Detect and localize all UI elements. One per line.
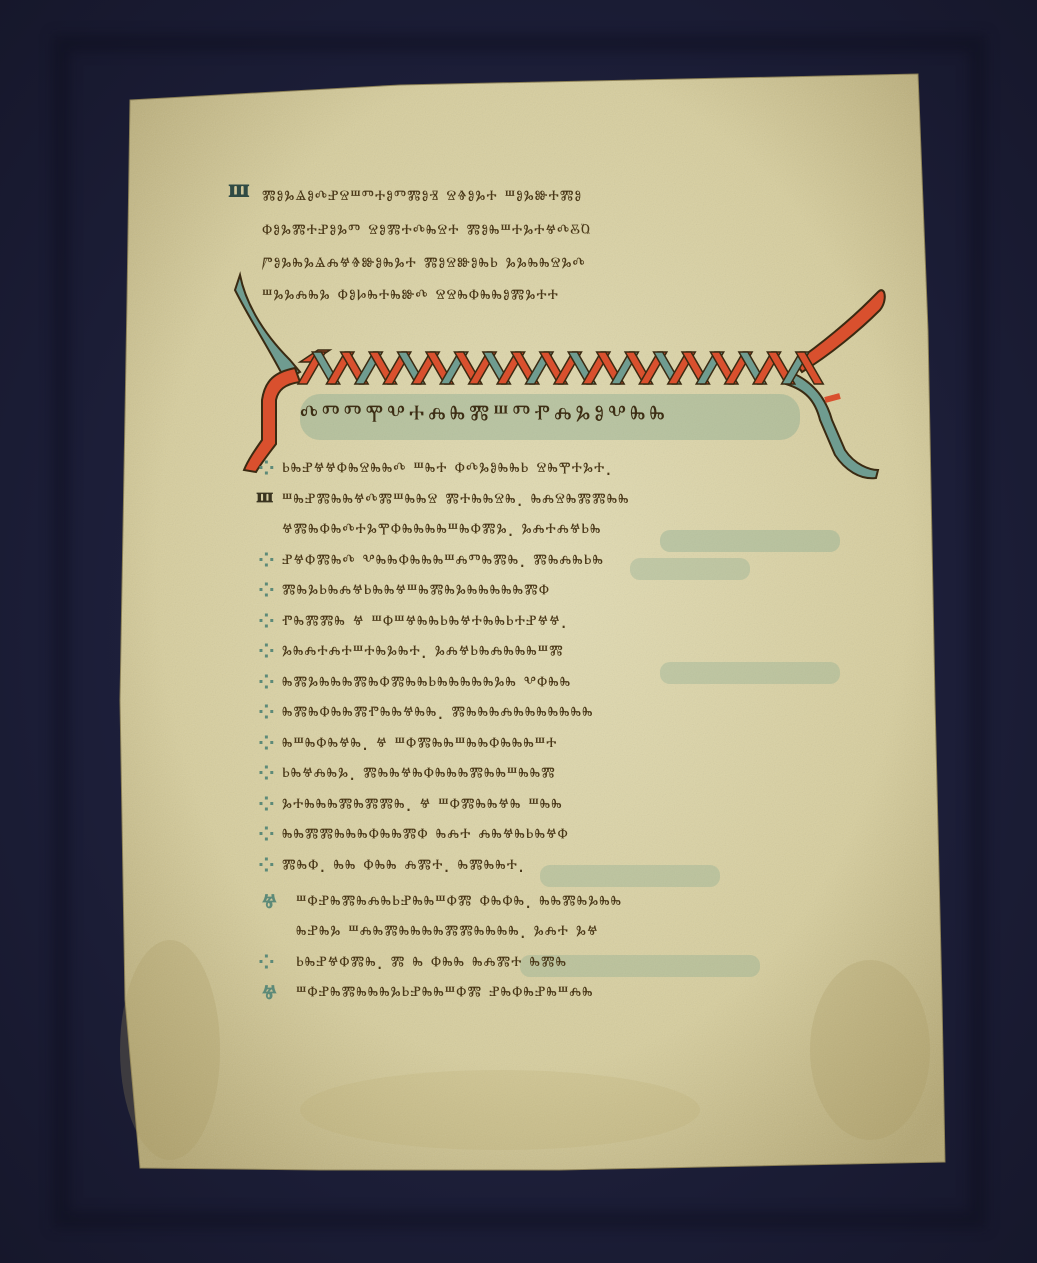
line-marker-icon: ⁘ [258, 609, 275, 633]
text-line: ⰸⰿⰳⰸⰸⰸⰿⰸⱇⰿⰸⰸⱃⰸⰸⰸⰸⰸⰳⰸ ⰲⱇⰸⰸ [282, 672, 571, 694]
line-marker-icon: Ⱍ [262, 980, 277, 1004]
text-line: ⱃⰸⱀⱍⱍⱇⰸⱄⰸⰸⰴ ⱎⰸⰰ ⱇⰴⰳⱁⰸⰸⱃ ⱄⰸⰹⰰⰳⰰ. [282, 458, 612, 480]
line-marker-icon: ⁘ [258, 548, 275, 572]
text-line: ⰸⰿⰸⱇⰸⰸⰿⱂⰸⰸⱍⰸⰸ. ⰿⰸⰸⰸⰾⰸⰸⰸⰸⰸⰸⰸ [282, 702, 594, 724]
header-line: ⱇⱁⰳⰿⰰⱀⱁⰳⱅ ⱄⱁⰿⰰⰴⰸⱄⰰ ⰿⱁⰸⱎⰰⰳⰰⱍⰴⰻⱒ [262, 220, 591, 242]
line-marker-icon: ⁘ [258, 731, 275, 755]
text-line: ⰿⰸⰳⱃⰸⰾⱍⱃⰸⰸⱍⱎⰸⰿⰸⰳⰸⰸⰸⰸⰸⰿⱇ [282, 580, 550, 602]
line-marker-icon: ⁘ [258, 578, 275, 602]
text-line: ⱂⰸⰿⰿⰸ ⱍ ⱎⱇⱎⱍⰸⰸⱃⰸⱍⰰⰸⰸⱃⰰⱀⱍⱍ. [282, 611, 568, 633]
line-marker-icon: ⁘ [258, 792, 275, 816]
line-marker-icon: ⁘ [258, 639, 275, 663]
line-marker-icon: Ⱍ [262, 889, 277, 913]
text-line: ⰳⰸⰾⰰⰾⰰⱎⰰⰸⰳⰸⰰ. ⰳⰾⱍⱃⰸⰾⰸⰸⰸⱎⰿ [282, 641, 564, 663]
text-line: ⱎⱇⱀⰸⰿⰸⰸⰸⰳⱃⱀⰸⰸⱎⱇⰿ ⱀⰸⱇⰸⱀⰸⱎⰾⰸ [296, 982, 594, 1004]
text-line: ⰿⰸⱇ. ⰸⰸ ⱇⰸⰸ ⰾⰿⰰ. ⰸⰿⰸⰸⰰ. [282, 855, 525, 877]
header-line: ⱓⱁⰳⰸⰳⱑⰾⱍⱖⱆⱁⰸⰳⰰ ⰿⱁⱄⱆⱁⰸⱃ ⰳⰳⰸⰸⱄⰳⰴ [262, 253, 586, 275]
text-line: ⱎⰸⱀⰿⰸⰸⱍⰴⰿⱎⰸⰸⱄ ⰿⰰⰸⰸⱄⰸ. ⰸⰾⱄⰸⰿⰿⰸⰸ [282, 489, 630, 511]
text-line: ⱀⱍⱇⰿⰸⰴ ⰲⰸⰸⱇⰸⰸⰸⱎⰾⱅⰸⰿⰸ. ⰿⰸⰾⰸⱃⰸ [282, 550, 604, 572]
illuminated-initial: Ⱎ [228, 178, 250, 213]
line-marker-icon: ⁘ [258, 700, 275, 724]
header-line: ⱎⰳⰳⰾⰸⰳ ⱇⱁⱈⰸⰰⰸⱆⰴ ⱄⱄⰸⱇⰸⰸⱁⰿⰳⰰⰰ [262, 285, 559, 307]
line-marker-icon: ⁘ [258, 950, 275, 974]
line-marker-icon: ⁘ [258, 853, 275, 877]
text-line: ⱎⱇⱀⰸⰿⰸⰾⰸⱃⱀⰸⰸⱎⱇⰿ ⱇⰸⱇⰸ. ⰸⰸⰿⰸⰳⰸⰸ [296, 891, 622, 913]
header-line: ⰿⱁⰳⱑⱁⰴⱀⱄⱎⱅⰰⱁⱅⰿⱁⱐ ⱄⱖⱁⰳⰰ ⱎⱁⰳⱆⰰⰿⱁ [262, 186, 582, 208]
text-line: ⱃⰸⱍⰾⰸⰳ. ⰿⰸⰸⱍⰸⱇⰸⰸⰸⰿⰸⰸⱎⰸⰸⰿ [282, 763, 556, 785]
manuscript-text: Ⱎ ⰿⱁⰳⱑⱁⰴⱀⱄⱎⱅⰰⱁⱅⰿⱁⱐ ⱄⱖⱁⰳⰰ ⱎⱁⰳⱆⰰⰿⱁ ⱇⱁⰳⰿⰰⱀⱁ… [0, 0, 1037, 1263]
line-marker-icon: ⁘ [258, 761, 275, 785]
line-marker-icon: ⁘ [258, 456, 275, 480]
text-line: ⰳⰰⰸⰸⰸⰿⰸⰿⰿⰸ. ⱍ ⱎⱇⰿⰸⰸⱍⰸ ⱎⰸⰸ [282, 794, 563, 816]
line-marker-icon: Ⱎ [256, 487, 273, 515]
line-marker-icon: ⁘ [258, 670, 275, 694]
text-line: ⰸⱎⰸⱇⰸⱍⰸ. ⱍ ⱎⱇⰿⰸⰸⱎⰸⰸⱇⰸⰸⰸⱎⰰ [282, 733, 558, 755]
line-marker-icon: ⁘ [258, 822, 275, 846]
text-line: ⱃⰸⱀⱍⱇⰿⰸ. ⰿ ⰸ ⱇⰸⰸ ⰸⰾⰿⰰ ⰸⰿⰸ [296, 952, 567, 974]
title-line: ⰴⱅⱅⰹⰲⰰⰾⰸⰿⱎⱅⱂⰾⰳⱁⰲⰸⰸ [300, 398, 669, 432]
text-line: ⰸⰸⰿⰿⰸⰸⰸⱇⰸⰸⰿⱇ ⰸⰾⰰ ⰾⰸⱍⰸⱃⰸⱍⱇ [282, 824, 569, 846]
text-line: ⰸⱀⰸⰳ ⱎⰾⰸⰿⰸⰸⰸⰸⰿⰿⰸⰸⰸⰸ. ⰳⰾⰰ ⰳⱍ [296, 921, 599, 943]
text-line: ⱍⰿⰸⱇⰸⰴⰰⰳⰹⱇⰸⰸⰸⰸⱎⰸⱇⰿⰳ. ⰳⰾⰰⰾⱍⱃⰸ [282, 519, 601, 541]
